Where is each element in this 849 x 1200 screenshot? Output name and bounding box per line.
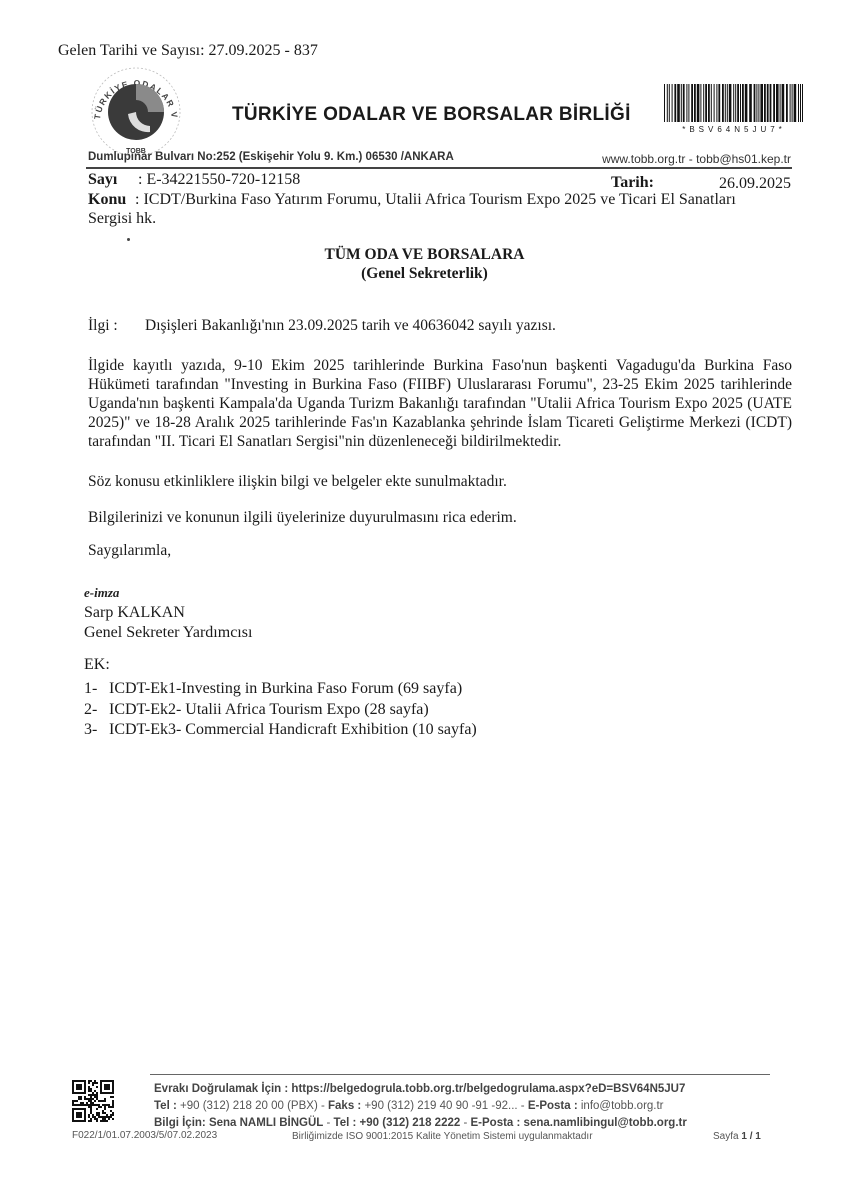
signer-name: Sarp KALKAN bbox=[84, 603, 252, 623]
recipient-department: (Genel Sekreterlik) bbox=[0, 264, 849, 283]
footer-divider bbox=[150, 1074, 770, 1075]
signer-block: Sarp KALKAN Genel Sekreter Yardımcısı bbox=[84, 603, 252, 643]
form-code: F022/1/01.07.2003/5/07.02.2023 bbox=[72, 1130, 217, 1141]
verify-line: Evrakı Doğrulamak İçin : https://belgedo… bbox=[154, 1081, 687, 1098]
contact-person-line: Bilgi İçin: Sena NAMLI BİNGÜL - Tel : +9… bbox=[154, 1115, 687, 1132]
header-divider bbox=[86, 167, 792, 169]
barcode-text: *BSV64N5JU7* bbox=[664, 125, 804, 134]
verify-link[interactable]: https://belgedogrula.tobb.org.tr/belgedo… bbox=[291, 1083, 685, 1095]
ilgi-text: Dışişleri Bakanlığı'nın 23.09.2025 tarih… bbox=[145, 317, 556, 334]
signer-title: Genel Sekreter Yardımcısı bbox=[84, 623, 252, 643]
incoming-stamp: Gelen Tarihi ve Sayısı: 27.09.2025 - 837 bbox=[58, 42, 318, 60]
contact-links[interactable]: www.tobb.org.tr - tobb@hs01.kep.tr bbox=[602, 152, 791, 166]
phone-line: Tel : +90 (312) 218 20 00 (PBX) - Faks :… bbox=[154, 1098, 687, 1115]
attachment-item[interactable]: 3-ICDT-Ek3- Commercial Handicraft Exhibi… bbox=[84, 720, 477, 741]
attachment-item[interactable]: 2-ICDT-Ek2- Utalii Africa Tourism Expo (… bbox=[84, 700, 477, 721]
qr-code-icon[interactable] bbox=[72, 1080, 114, 1122]
closing: Saygılarımla, bbox=[88, 542, 171, 560]
subject-row: Konu: ICDT/Burkina Faso Yatırım Forumu, … bbox=[88, 190, 768, 228]
attachments-title: EK: bbox=[84, 656, 110, 674]
e-signature-mark: e-imza bbox=[84, 585, 119, 601]
contact-email-link[interactable]: sena.namlibingul@tobb.org.tr bbox=[524, 1117, 687, 1129]
scan-speck bbox=[127, 238, 130, 241]
recipient-block: TÜM ODA VE BORSALARA (Genel Sekreterlik) bbox=[0, 245, 849, 283]
address: Dumlupınar Bulvarı No:252 (Eskişehir Yol… bbox=[88, 151, 454, 163]
sayi-label: Sayı bbox=[88, 171, 138, 189]
konu-label: Konu bbox=[88, 190, 135, 209]
body-paragraph-attachments: Söz konusu etkinliklere ilişkin bilgi ve… bbox=[88, 473, 507, 491]
reference-row: İlgi :Dışişleri Bakanlığı'nın 23.09.2025… bbox=[88, 317, 556, 335]
document-number-row: Sayı: E-34221550-720-12158 bbox=[88, 171, 300, 189]
footer-info: Evrakı Doğrulamak İçin : https://belgedo… bbox=[154, 1081, 687, 1132]
body-paragraph: İlgide kayıtlı yazıda, 9-10 Ekim 2025 ta… bbox=[88, 356, 792, 451]
konu-value: : ICDT/Burkina Faso Yatırım Forumu, Utal… bbox=[88, 191, 736, 227]
organization-title: TÜRKİYE ODALAR VE BORSALAR BİRLİĞİ bbox=[232, 104, 631, 126]
recipient-line: TÜM ODA VE BORSALARA bbox=[0, 245, 849, 264]
body-paragraph-request: Bilgilerinizi ve konunun ilgili üyelerin… bbox=[88, 509, 517, 527]
iso-notice: Birliğimizde ISO 9001:2015 Kalite Yöneti… bbox=[292, 1131, 593, 1142]
barcode-icon bbox=[664, 84, 804, 128]
page-number: Sayfa 1 / 1 bbox=[713, 1131, 761, 1142]
attachments-list: 1-ICDT-Ek1-Investing in Burkina Faso For… bbox=[84, 679, 477, 741]
email-link[interactable]: info@tobb.org.tr bbox=[581, 1100, 664, 1112]
tobb-logo-icon: TÜRKİYE ODALAR VE BORSALAR BİRLİĞİ TOBB bbox=[78, 62, 194, 158]
ilgi-label: İlgi : bbox=[88, 317, 145, 335]
attachment-item[interactable]: 1-ICDT-Ek1-Investing in Burkina Faso For… bbox=[84, 679, 477, 700]
sayi-value: : E-34221550-720-12158 bbox=[138, 171, 300, 188]
